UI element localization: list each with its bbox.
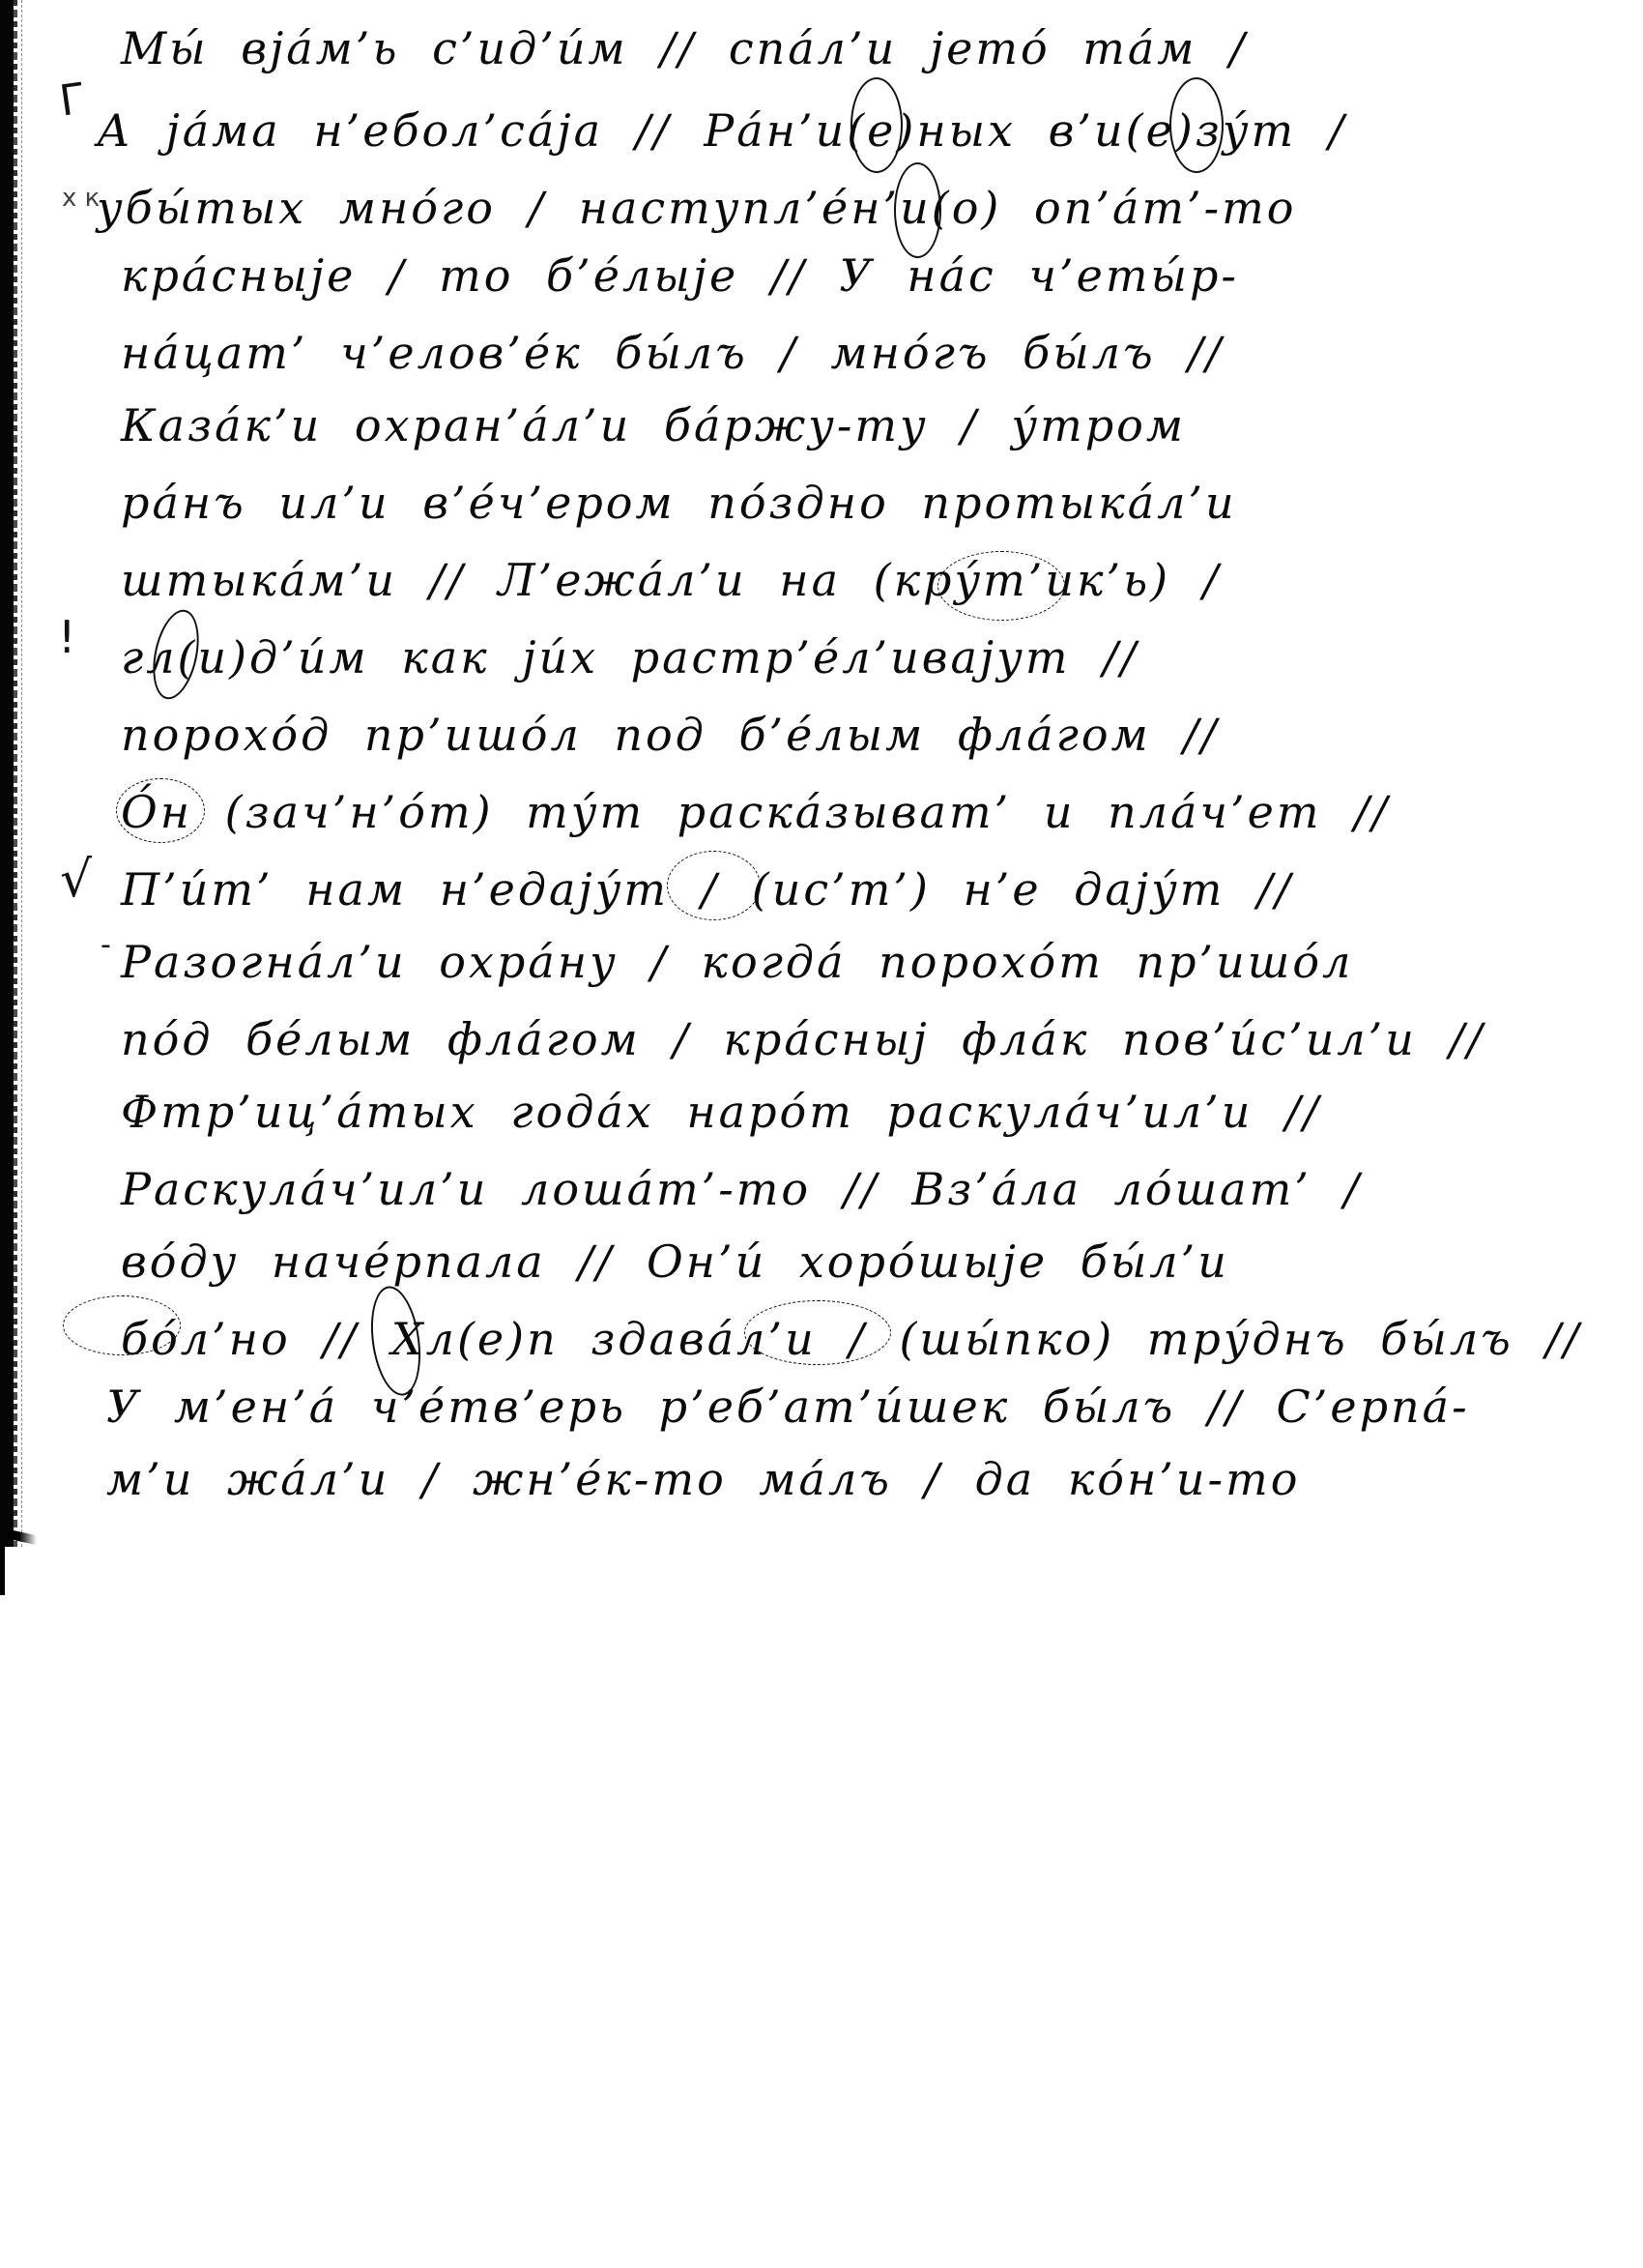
manuscript-line-9: гл(и)д’и́м как ји́х растр’е́л’ивајут // xyxy=(121,619,1139,696)
manuscript-page: Г х к ! √ - Мы́ вја́м’ь с’ид’и́м // спа́… xyxy=(0,0,1643,1643)
manuscript-line-6: Каза́к’и охран’а́л’и ба́ржу-ту / у́тром xyxy=(121,387,1186,464)
circle-annotation-10 xyxy=(744,1300,891,1365)
manuscript-line-13: Разогна́л’и охра́ну / когда́ порохо́т пр… xyxy=(121,923,1353,1001)
manuscript-line-2: А ја́ма н’ебол’са́ја // Ра́н’и(е)ных в’и… xyxy=(97,92,1346,169)
margin-mark-bracket: Г xyxy=(57,73,90,126)
circle-annotation-6 xyxy=(116,778,205,843)
circle-annotation-4 xyxy=(937,551,1065,621)
manuscript-line-15: Фтр’иц’а́тых года́х наро́т раскула́ч’ил’… xyxy=(121,1073,1321,1150)
circle-annotation-3 xyxy=(894,162,941,258)
manuscript-line-11: О́н (зач’н’о́т) ту́т раска́зыват’ и пла́… xyxy=(121,773,1390,851)
manuscript-line-19: У м’ен’а́ ч’е́тв’ерь р’еб’ат’и́шек бы́лъ… xyxy=(106,1368,1470,1445)
circle-annotation-1 xyxy=(850,77,903,173)
margin-mark-scribble: х к xyxy=(62,184,100,213)
manuscript-line-10: порохо́д пр’ишо́л под б’е́лым фла́гом // xyxy=(121,696,1219,773)
manuscript-line-1: Мы́ вја́м’ь с’ид’и́м // спа́л’и јето́ та… xyxy=(121,10,1248,87)
manuscript-line-14: по́д бе́лым фла́гом / кра́сныј фла́к пов… xyxy=(121,1001,1485,1078)
manuscript-line-3: убы́тых мно́го / наступл’е́н’и(о) оп’а́т… xyxy=(97,169,1296,247)
circle-annotation-2 xyxy=(1169,77,1224,173)
margin-mark-dash: - xyxy=(101,928,111,962)
margin-mark-check: √ xyxy=(60,851,92,909)
circle-annotation-7 xyxy=(667,851,761,920)
manuscript-line-17: во́ду наче́рпала // Он’и́ хоро́шыје бы́л… xyxy=(121,1223,1229,1300)
manuscript-line-5: на́цат’ ч’елов’е́к бы́лъ / мно́гъ бы́лъ … xyxy=(121,314,1224,392)
margin-mark-exclamation: ! xyxy=(58,611,75,663)
manuscript-line-4: кра́сныје / то б’е́лыје // У на́с ч’еты́… xyxy=(121,237,1239,314)
manuscript-line-20: м’и жа́л’и / жн’е́к-то ма́лъ / да ко́н’и… xyxy=(106,1440,1300,1518)
manuscript-line-16: Раскула́ч’ил’и лоша́т’-то // Вз’а́ла ло́… xyxy=(121,1150,1362,1228)
manuscript-line-7: ра́нъ ил’и в’е́ч’ером по́здно протыка́л’… xyxy=(121,464,1237,541)
circle-annotation-8 xyxy=(63,1295,181,1355)
